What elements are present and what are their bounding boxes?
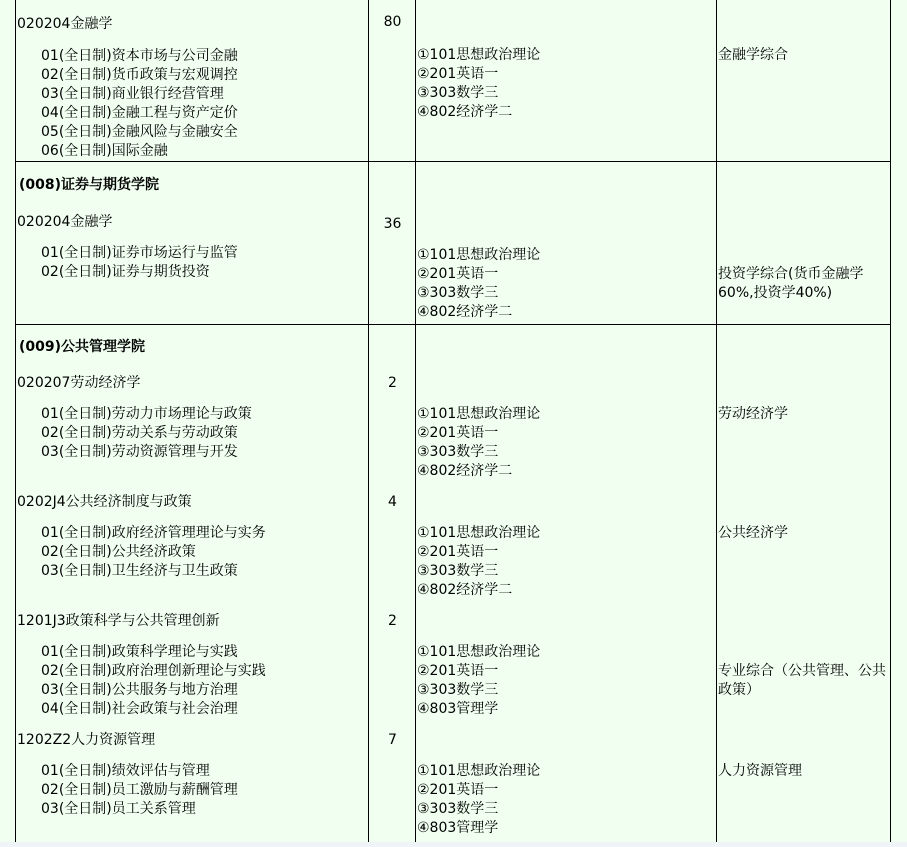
retest-subject: 劳动经济学 xyxy=(718,405,890,424)
exam-subjects: ①101思想政治理论 ②201英语一 ③303数学三 ④803管理学 xyxy=(417,762,716,838)
exam-item: ①101思想政治理论 xyxy=(417,405,716,424)
retest-cell: 投资学综合(货币金融学60%,投资学40%) xyxy=(717,162,891,325)
exam-item: ③303数学三 xyxy=(417,443,716,462)
exam-item: ①101思想政治理论 xyxy=(417,524,716,543)
school-heading: (009)公共管理学院 xyxy=(17,338,368,357)
major-code-name: 1202Z2人力资源管理 xyxy=(17,731,368,750)
table-row: (008)证券与期货学院 020204金融学 01(全日制)证券市场运行与监管 … xyxy=(16,162,891,325)
research-directions: 01(全日制)劳动力市场理论与政策 02(全日制)劳动关系与劳动政策 03(全日… xyxy=(17,405,368,462)
exam-item: ④802经济学二 xyxy=(417,103,716,122)
retest-subject: 金融学综合 xyxy=(718,46,890,65)
enrollment-quota: 80 xyxy=(370,13,415,32)
exam-item: ③303数学三 xyxy=(417,284,716,303)
exam-item: ①101思想政治理论 xyxy=(417,643,716,662)
admissions-catalog-table: 020204金融学 01(全日制)资本市场与公司金融 02(全日制)货币政策与宏… xyxy=(15,0,891,847)
exam-subjects-cell: ①101思想政治理论 ②201英语一 ③303数学三 ④802经济学二 ①101… xyxy=(416,325,717,847)
exam-item: ②201英语一 xyxy=(417,662,716,681)
retest-subject: 人力资源管理 xyxy=(718,762,890,781)
exam-item: ④803管理学 xyxy=(417,700,716,719)
exam-item: ②201英语一 xyxy=(417,781,716,800)
exam-item: ③303数学三 xyxy=(417,800,716,819)
retest-subject: 公共经济学 xyxy=(718,524,890,543)
direction-item: 03(全日制)商业银行经营管理 xyxy=(41,85,368,104)
research-directions: 01(全日制)证券市场运行与监管 02(全日制)证券与期货投资 xyxy=(17,244,368,282)
major-cell: 020204金融学 01(全日制)资本市场与公司金融 02(全日制)货币政策与宏… xyxy=(16,0,369,162)
exam-item: ③303数学三 xyxy=(417,681,716,700)
retest-cell: 劳动经济学 公共经济学 专业综合（公共管理、公共政策） 人力资源管理 xyxy=(717,325,891,847)
enrollment-quota: 36 xyxy=(370,215,415,234)
page: 020204金融学 01(全日制)资本市场与公司金融 02(全日制)货币政策与宏… xyxy=(0,0,907,847)
research-directions: 01(全日制)政府经济管理理论与实务 02(全日制)公共经济政策 03(全日制)… xyxy=(17,524,368,581)
major-code-name: 020204金融学 xyxy=(17,213,368,232)
major-cell: (009)公共管理学院 020207劳动经济学 01(全日制)劳动力市场理论与政… xyxy=(16,325,369,847)
direction-item: 01(全日制)证券市场运行与监管 xyxy=(41,244,368,263)
quota-cell: 80 xyxy=(369,0,416,162)
exam-subjects: ①101思想政治理论 ②201英语一 ③303数学三 ④802经济学二 xyxy=(417,524,716,600)
major-block: 1201J3政策科学与公共管理创新 01(全日制)政策科学理论与实践 02(全日… xyxy=(17,612,368,719)
exam-item: ①101思想政治理论 xyxy=(417,246,716,265)
major-code-name: 020204金融学 xyxy=(17,15,368,34)
exam-subjects-cell: ①101思想政治理论 ②201英语一 ③303数学三 ④802经济学二 xyxy=(416,0,717,162)
direction-item: 01(全日制)劳动力市场理论与政策 xyxy=(41,405,368,424)
direction-item: 04(全日制)社会政策与社会治理 xyxy=(41,700,368,719)
exam-item: ②201英语一 xyxy=(417,424,716,443)
direction-item: 03(全日制)劳动资源管理与开发 xyxy=(41,443,368,462)
exam-item: ①101思想政治理论 xyxy=(417,762,716,781)
exam-subjects: ①101思想政治理论 ②201英语一 ③303数学三 ④802经济学二 xyxy=(417,405,716,481)
major-code-name: 1201J3政策科学与公共管理创新 xyxy=(17,612,368,631)
table-row: 020204金融学 01(全日制)资本市场与公司金融 02(全日制)货币政策与宏… xyxy=(16,0,891,162)
exam-subjects: ①101思想政治理论 ②201英语一 ③303数学三 ④803管理学 xyxy=(417,643,716,719)
direction-item: 01(全日制)政府经济管理理论与实务 xyxy=(41,524,368,543)
quota-cell: 36 xyxy=(369,162,416,325)
exam-item: ③303数学三 xyxy=(417,562,716,581)
retest-cell: 金融学综合 xyxy=(717,0,891,162)
direction-item: 01(全日制)政策科学理论与实践 xyxy=(41,643,368,662)
direction-item: 01(全日制)资本市场与公司金融 xyxy=(41,47,368,66)
enrollment-quota: 4 xyxy=(370,493,415,512)
research-directions: 01(全日制)政策科学理论与实践 02(全日制)政府治理创新理论与实践 03(全… xyxy=(17,643,368,719)
exam-item: ④802经济学二 xyxy=(417,303,716,322)
direction-item: 02(全日制)劳动关系与劳动政策 xyxy=(41,424,368,443)
exam-subjects-cell: ①101思想政治理论 ②201英语一 ③303数学三 ④802经济学二 xyxy=(416,162,717,325)
direction-item: 01(全日制)绩效评估与管理 xyxy=(41,762,368,781)
direction-item: 06(全日制)国际金融 xyxy=(41,142,368,161)
direction-item: 05(全日制)金融风险与金融安全 xyxy=(41,123,368,142)
exam-subjects: ①101思想政治理论 ②201英语一 ③303数学三 ④802经济学二 xyxy=(417,46,716,122)
enrollment-quota: 7 xyxy=(370,731,415,750)
direction-item: 03(全日制)员工关系管理 xyxy=(41,800,368,819)
exam-item: ①101思想政治理论 xyxy=(417,46,716,65)
exam-item: ②201英语一 xyxy=(417,543,716,562)
major-block: 0202J4公共经济制度与政策 01(全日制)政府经济管理理论与实务 02(全日… xyxy=(17,493,368,581)
enrollment-quota: 2 xyxy=(370,612,415,631)
direction-item: 03(全日制)公共服务与地方治理 xyxy=(41,681,368,700)
direction-item: 02(全日制)公共经济政策 xyxy=(41,543,368,562)
enrollment-quota: 2 xyxy=(370,374,415,393)
major-cell: (008)证券与期货学院 020204金融学 01(全日制)证券市场运行与监管 … xyxy=(16,162,369,325)
direction-item: 04(全日制)金融工程与资产定价 xyxy=(41,104,368,123)
school-heading: (008)证券与期货学院 xyxy=(17,176,368,195)
research-directions: 01(全日制)绩效评估与管理 02(全日制)员工激励与薪酬管理 03(全日制)员… xyxy=(17,762,368,819)
major-code-name: 0202J4公共经济制度与政策 xyxy=(17,493,368,512)
major-block: 020207劳动经济学 01(全日制)劳动力市场理论与政策 02(全日制)劳动关… xyxy=(17,374,368,462)
exam-item: ②201英语一 xyxy=(417,65,716,84)
major-block: 1202Z2人力资源管理 01(全日制)绩效评估与管理 02(全日制)员工激励与… xyxy=(17,731,368,819)
direction-item: 02(全日制)货币政策与宏观调控 xyxy=(41,66,368,85)
exam-item: ④802经济学二 xyxy=(417,581,716,600)
direction-item: 02(全日制)员工激励与薪酬管理 xyxy=(41,781,368,800)
bottom-strip xyxy=(0,842,907,847)
exam-item: ④802经济学二 xyxy=(417,462,716,481)
direction-item: 03(全日制)卫生经济与卫生政策 xyxy=(41,562,368,581)
retest-subject: 投资学综合(货币金融学60%,投资学40%) xyxy=(718,265,890,303)
exam-item: ④803管理学 xyxy=(417,819,716,838)
direction-item: 02(全日制)政府治理创新理论与实践 xyxy=(41,662,368,681)
research-directions: 01(全日制)资本市场与公司金融 02(全日制)货币政策与宏观调控 03(全日制… xyxy=(17,47,368,161)
quota-cell: 2 4 2 7 xyxy=(369,325,416,847)
retest-subject: 专业综合（公共管理、公共政策） xyxy=(718,662,888,700)
exam-subjects: ①101思想政治理论 ②201英语一 ③303数学三 ④802经济学二 xyxy=(417,246,716,322)
direction-item: 02(全日制)证券与期货投资 xyxy=(41,263,368,282)
major-code-name: 020207劳动经济学 xyxy=(17,374,368,393)
exam-item: ②201英语一 xyxy=(417,265,716,284)
exam-item: ③303数学三 xyxy=(417,84,716,103)
table-row: (009)公共管理学院 020207劳动经济学 01(全日制)劳动力市场理论与政… xyxy=(16,325,891,847)
